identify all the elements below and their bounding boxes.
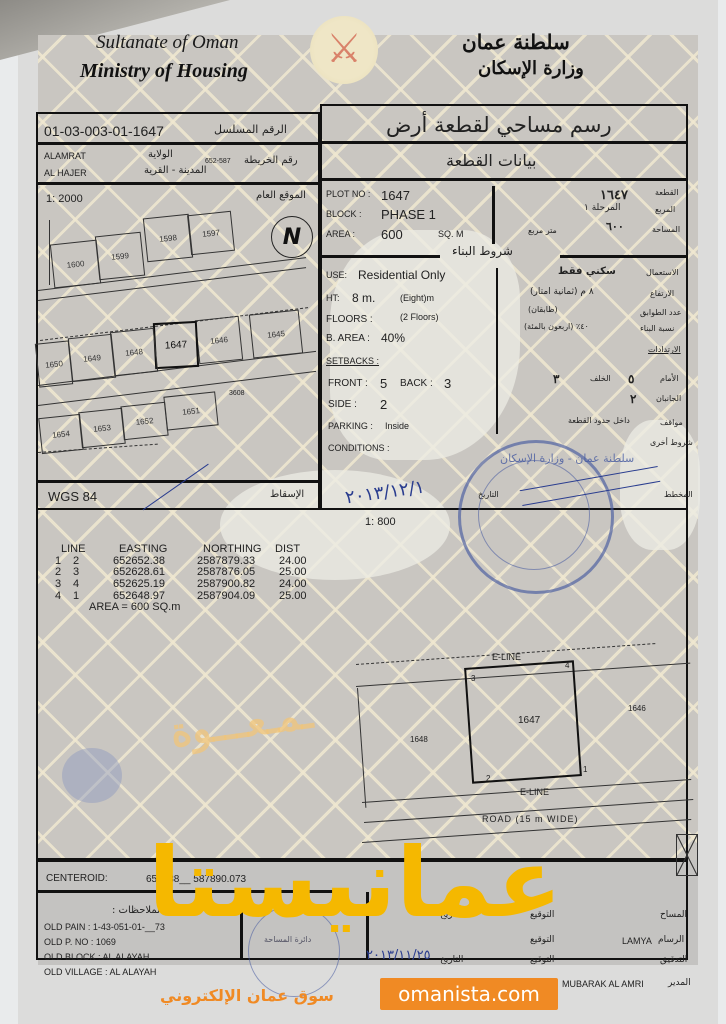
use-ar-label: الاستعمال xyxy=(646,268,679,277)
road-label: ROAD (15 m WIDE) xyxy=(482,814,579,824)
block-value: PHASE 1 xyxy=(381,207,436,222)
corner-4: 4 xyxy=(565,661,569,670)
building-area-label: B. AREA : xyxy=(326,333,370,344)
block-label: BLOCK : xyxy=(326,209,362,219)
stamp-text: سلطنة عمان - وزارة الإسكان xyxy=(500,452,634,465)
hologram-seal xyxy=(62,748,122,803)
cell-from: 4 xyxy=(55,591,73,603)
old-pain: OLD PAIN : 1-43-051-01-__73 xyxy=(44,922,165,932)
use-ar: سكني فقط xyxy=(558,266,616,277)
corner-1: 1 xyxy=(583,765,587,774)
floors-label: FLOORS : xyxy=(326,314,373,325)
building-area-ar-label: نسبة البناء xyxy=(640,324,674,333)
ministry-name-ar: وزارة الإسكان xyxy=(478,58,584,79)
cell-from: 3 xyxy=(55,579,73,591)
cell-northing: 2587900.82 xyxy=(197,579,279,591)
plot-no-value: 1647 xyxy=(381,188,410,203)
front-ar-label: الأمام xyxy=(660,374,678,383)
cell-to: 2 xyxy=(73,556,113,568)
divider xyxy=(320,141,688,144)
corner-2: 2 xyxy=(486,774,490,783)
area-summary-text: AREA = 600 SQ.m xyxy=(89,602,180,614)
area-ar: ٦٠٠ xyxy=(606,220,624,233)
general-location-label: الموقع العام xyxy=(256,190,306,201)
map-plot: 1652 xyxy=(120,402,168,441)
corner-3: 3 xyxy=(471,674,475,683)
setbacks-label: SETBACKS : xyxy=(326,356,379,366)
planner-ar-label: المخطط xyxy=(664,490,693,499)
cell-northing: 2587904.09 xyxy=(197,591,279,603)
e-line-top: E-LINE xyxy=(492,652,521,662)
country-name-ar: سلطنة عمان xyxy=(462,30,570,54)
map-plot: 1653 xyxy=(78,408,126,448)
director-name: MUBARAK AL AMRI xyxy=(562,979,644,989)
draftsman-label: الرسام xyxy=(658,935,684,945)
area-value: 600 xyxy=(381,227,403,242)
old-village: OLD VILLAGE : AL ALAYAH xyxy=(44,967,156,977)
checker-signature-label: التوقيع xyxy=(530,955,554,965)
floors-value: (2 Floors) xyxy=(400,312,439,322)
parking-value: Inside xyxy=(385,421,409,431)
use-value: Residential Only xyxy=(358,268,445,282)
map-plot: 1600 xyxy=(50,240,101,289)
building-area-ar: ٤٠٪ (اربعون بالمئة) xyxy=(524,322,589,331)
building-conditions-heading: شروط البناء xyxy=(452,244,513,258)
map-plot: 1599 xyxy=(95,232,145,281)
watermark-tagline: سوق عمان الإلكتروني xyxy=(160,986,334,1005)
divider xyxy=(320,178,688,181)
survey-scale: 1: 800 xyxy=(365,516,396,528)
ministry-name-en: Ministry of Housing xyxy=(80,60,248,83)
watermark-brand: عمانيستا xyxy=(148,835,562,931)
country-name-en: Sultanate of Oman xyxy=(96,32,239,54)
location-scale: 1: 2000 xyxy=(46,193,83,205)
map-number: 652-587 xyxy=(205,158,231,165)
map-plot: 1651 xyxy=(163,391,218,430)
back-ar: ٣ xyxy=(553,372,559,386)
parking-ar: داخل حدود القطعة xyxy=(568,416,630,425)
floors-ar: (طابقان) xyxy=(528,305,558,314)
cell-dist: 25.00 xyxy=(279,591,319,603)
back-value: 3 xyxy=(444,376,451,391)
height-words: (Eight)m xyxy=(400,293,434,303)
area-summary: AREA = 600 SQ.m xyxy=(55,602,319,614)
cell-to: 3 xyxy=(73,567,113,579)
height-value: 8 m. xyxy=(352,291,375,305)
height-label: HT: xyxy=(326,293,340,303)
city-village-label: المدينة - القرية xyxy=(144,165,207,176)
back-ar-label: الخلف xyxy=(590,374,611,383)
plot-right-label: 1646 xyxy=(628,704,646,713)
floors-ar-label: عدد الطوابق xyxy=(640,308,682,317)
divider xyxy=(36,182,320,185)
header-line: LINE xyxy=(55,544,119,556)
front-label: FRONT : xyxy=(328,378,368,389)
cell-dist: 24.00 xyxy=(279,579,319,591)
coordinates-table: LINE EASTING NORTHING DIST 12652652.3825… xyxy=(55,544,319,614)
official-stamp-inner xyxy=(478,460,590,570)
setbacks-ar-label: الارتدادات xyxy=(648,345,681,354)
height-ar: ٨ م (ثمانية امتار) xyxy=(530,287,594,297)
plot-no-label: PLOT NO : xyxy=(326,189,370,199)
serial-number-label: الرقم المسلسل xyxy=(214,123,287,136)
area-ar-label: المساحة xyxy=(652,225,680,234)
area-unit-ar: متر مربع xyxy=(528,226,557,235)
map-plot: 1645 xyxy=(249,310,303,359)
cell-easting: 652625.19 xyxy=(113,579,197,591)
centeroid-label: CENTEROID: xyxy=(46,873,108,884)
map-number-label: رقم الخريطة xyxy=(244,155,298,166)
manhole-symbol xyxy=(676,834,698,876)
plot-left-label: 1648 xyxy=(410,735,428,744)
table-row: 34652625.192587900.8224.00 xyxy=(55,579,319,591)
selected-plot-1647: 1647 xyxy=(153,321,199,369)
front-ar: ٥ xyxy=(628,372,634,386)
map-plot: 1648 xyxy=(110,328,158,376)
director-label: المدير xyxy=(668,978,691,988)
block-ar: المرحلة ١ xyxy=(584,203,620,213)
divider xyxy=(496,268,498,434)
old-plot-no: OLD P. NO : 1069 xyxy=(44,937,116,947)
city-village-value: AL HAJER xyxy=(44,168,87,178)
parking-label: PARKING : xyxy=(328,421,373,431)
handwritten-sign-date: ٢٠١٣/١١/٢٥ xyxy=(366,948,431,963)
wilayat-label: الولاية xyxy=(148,149,173,160)
conditions-label: CONDITIONS : xyxy=(328,443,390,453)
side-ar: ٢ xyxy=(630,392,636,406)
divider xyxy=(320,255,440,258)
height-ar-label: الارتفاع xyxy=(650,289,674,298)
side-ar-label: الجانبان xyxy=(656,394,681,403)
map-plot: 1650 xyxy=(35,340,73,387)
watermark-url-badge: omanista.com xyxy=(380,978,558,1010)
divider xyxy=(560,255,688,258)
serial-number: 01-03-003-01-1647 xyxy=(44,123,164,139)
plot-data-heading: بيانات القطعة xyxy=(446,151,536,170)
map-plot: 1597 xyxy=(187,211,235,255)
map-plot: 1598 xyxy=(143,214,193,263)
building-area-value: 40% xyxy=(381,331,405,345)
divider xyxy=(492,186,495,244)
map-plot: 1654 xyxy=(38,414,84,454)
plot-no-ar: ١٦٤٧ xyxy=(600,187,628,203)
projection-value: WGS 84 xyxy=(48,489,97,504)
map-plot: 1649 xyxy=(68,334,116,382)
front-value: 5 xyxy=(380,376,387,391)
map-plot: 1646 xyxy=(195,316,243,364)
block-ar-label: المربع xyxy=(655,205,675,214)
checker-label: التدقيق xyxy=(660,955,687,965)
use-label: USE: xyxy=(326,270,347,280)
checker-date-label: التاريخ xyxy=(440,955,463,965)
area-label: AREA : xyxy=(326,229,355,239)
plot-no-ar-label: القطعة xyxy=(655,188,678,197)
plot-center-label: 1647 xyxy=(518,715,540,726)
divider xyxy=(36,142,320,145)
header-easting: EASTING xyxy=(119,544,199,556)
draftsman-name: LAMYA xyxy=(622,936,652,946)
north-arrow-icon: N xyxy=(271,216,313,258)
projection-label: الإسقاط xyxy=(270,489,304,500)
conditions-ar-label: شروط أخرى xyxy=(650,438,693,447)
divider xyxy=(36,480,320,483)
side-label: SIDE : xyxy=(328,399,357,410)
parking-ar-label: مواقف xyxy=(660,418,683,427)
header-northing: NORTHING xyxy=(199,544,275,556)
wilayat-value: ALAMRAT xyxy=(44,151,86,161)
side-value: 2 xyxy=(380,397,387,412)
area-unit: SQ. M xyxy=(438,229,464,239)
old-block: OLD BLOCK : AL ALAYAH xyxy=(44,952,149,962)
header-dist: DIST xyxy=(275,544,315,556)
e-line-bottom: E-LINE xyxy=(520,787,549,797)
coordinates-header: LINE EASTING NORTHING DIST xyxy=(55,544,319,556)
surveyor-label: المساح xyxy=(660,910,687,920)
document-title: رسم مساحي لقطعة أرض xyxy=(386,113,612,137)
cell-to: 4 xyxy=(73,579,113,591)
back-label: BACK : xyxy=(400,378,433,389)
oman-emblem-icon: ⚔ xyxy=(310,16,378,84)
map-marker-label: 3608 xyxy=(229,390,245,397)
